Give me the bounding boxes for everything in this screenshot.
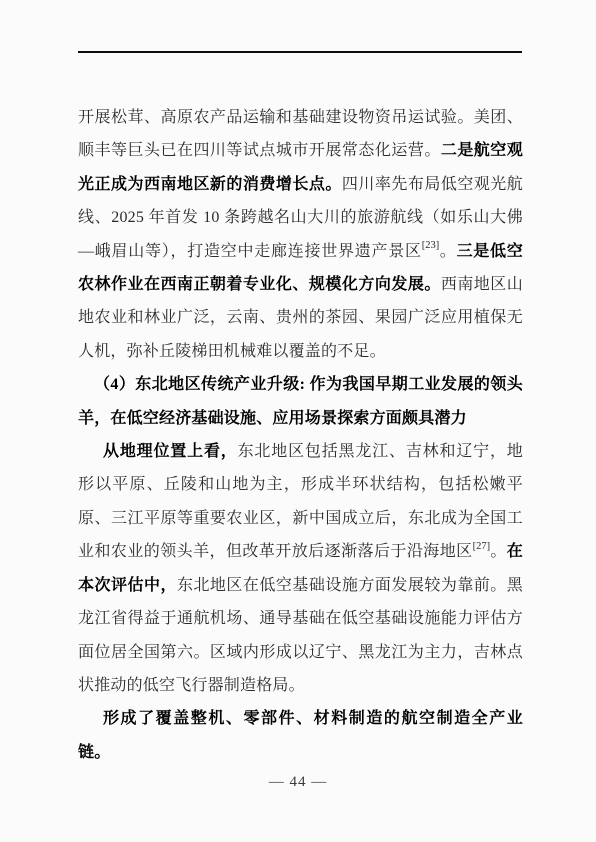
text-run: 。 bbox=[439, 243, 456, 260]
page-number: — 44 — bbox=[269, 774, 328, 790]
paragraph: 开展松茸、高原农产品运输和基础建设物资吊运试验。美团、顺丰等巨头已在四川等试点城… bbox=[78, 101, 523, 368]
bold-text-run: （4）东北地区传统产业升级: 作为我国早期工业发展的领头羊，在低空经济基础设施、… bbox=[78, 376, 523, 426]
paragraph: 从地理位置上看，东北地区包括黑龙江、吉林和辽宁，地形以平原、丘陵和山地为主，形成… bbox=[78, 435, 523, 702]
text-run: 东北地区包括黑龙江、吉林和辽宁，地形以平原、丘陵和山地为主，形成半环状结构，包括… bbox=[78, 443, 523, 560]
text-run: 。 bbox=[490, 543, 507, 560]
document-body: 开展松茸、高原农产品运输和基础建设物资吊运试验。美团、顺丰等巨头已在四川等试点城… bbox=[78, 101, 523, 769]
document-page: 开展松茸、高原农产品运输和基础建设物资吊运试验。美团、顺丰等巨头已在四川等试点城… bbox=[0, 0, 596, 842]
footnote-reference: [27] bbox=[473, 541, 491, 552]
text-run: 东北地区在低空基础设施方面发展较为靠前。黑龙江省得益于通航机场、通导基础在低空基… bbox=[78, 577, 523, 694]
header-divider-rule bbox=[78, 51, 522, 53]
section-heading: （4）东北地区传统产业升级: 作为我国早期工业发展的领头羊，在低空经济基础设施、… bbox=[78, 368, 523, 435]
page-footer: — 44 — bbox=[0, 774, 596, 791]
paragraph: 形成了覆盖整机、零部件、材料制造的航空制造全产业链。 bbox=[78, 702, 523, 769]
bold-text-run: 从地理位置上看， bbox=[103, 443, 238, 460]
footnote-reference: [23] bbox=[422, 240, 440, 251]
bold-text-run: 形成了覆盖整机、零部件、材料制造的航空制造全产业链。 bbox=[78, 710, 523, 760]
